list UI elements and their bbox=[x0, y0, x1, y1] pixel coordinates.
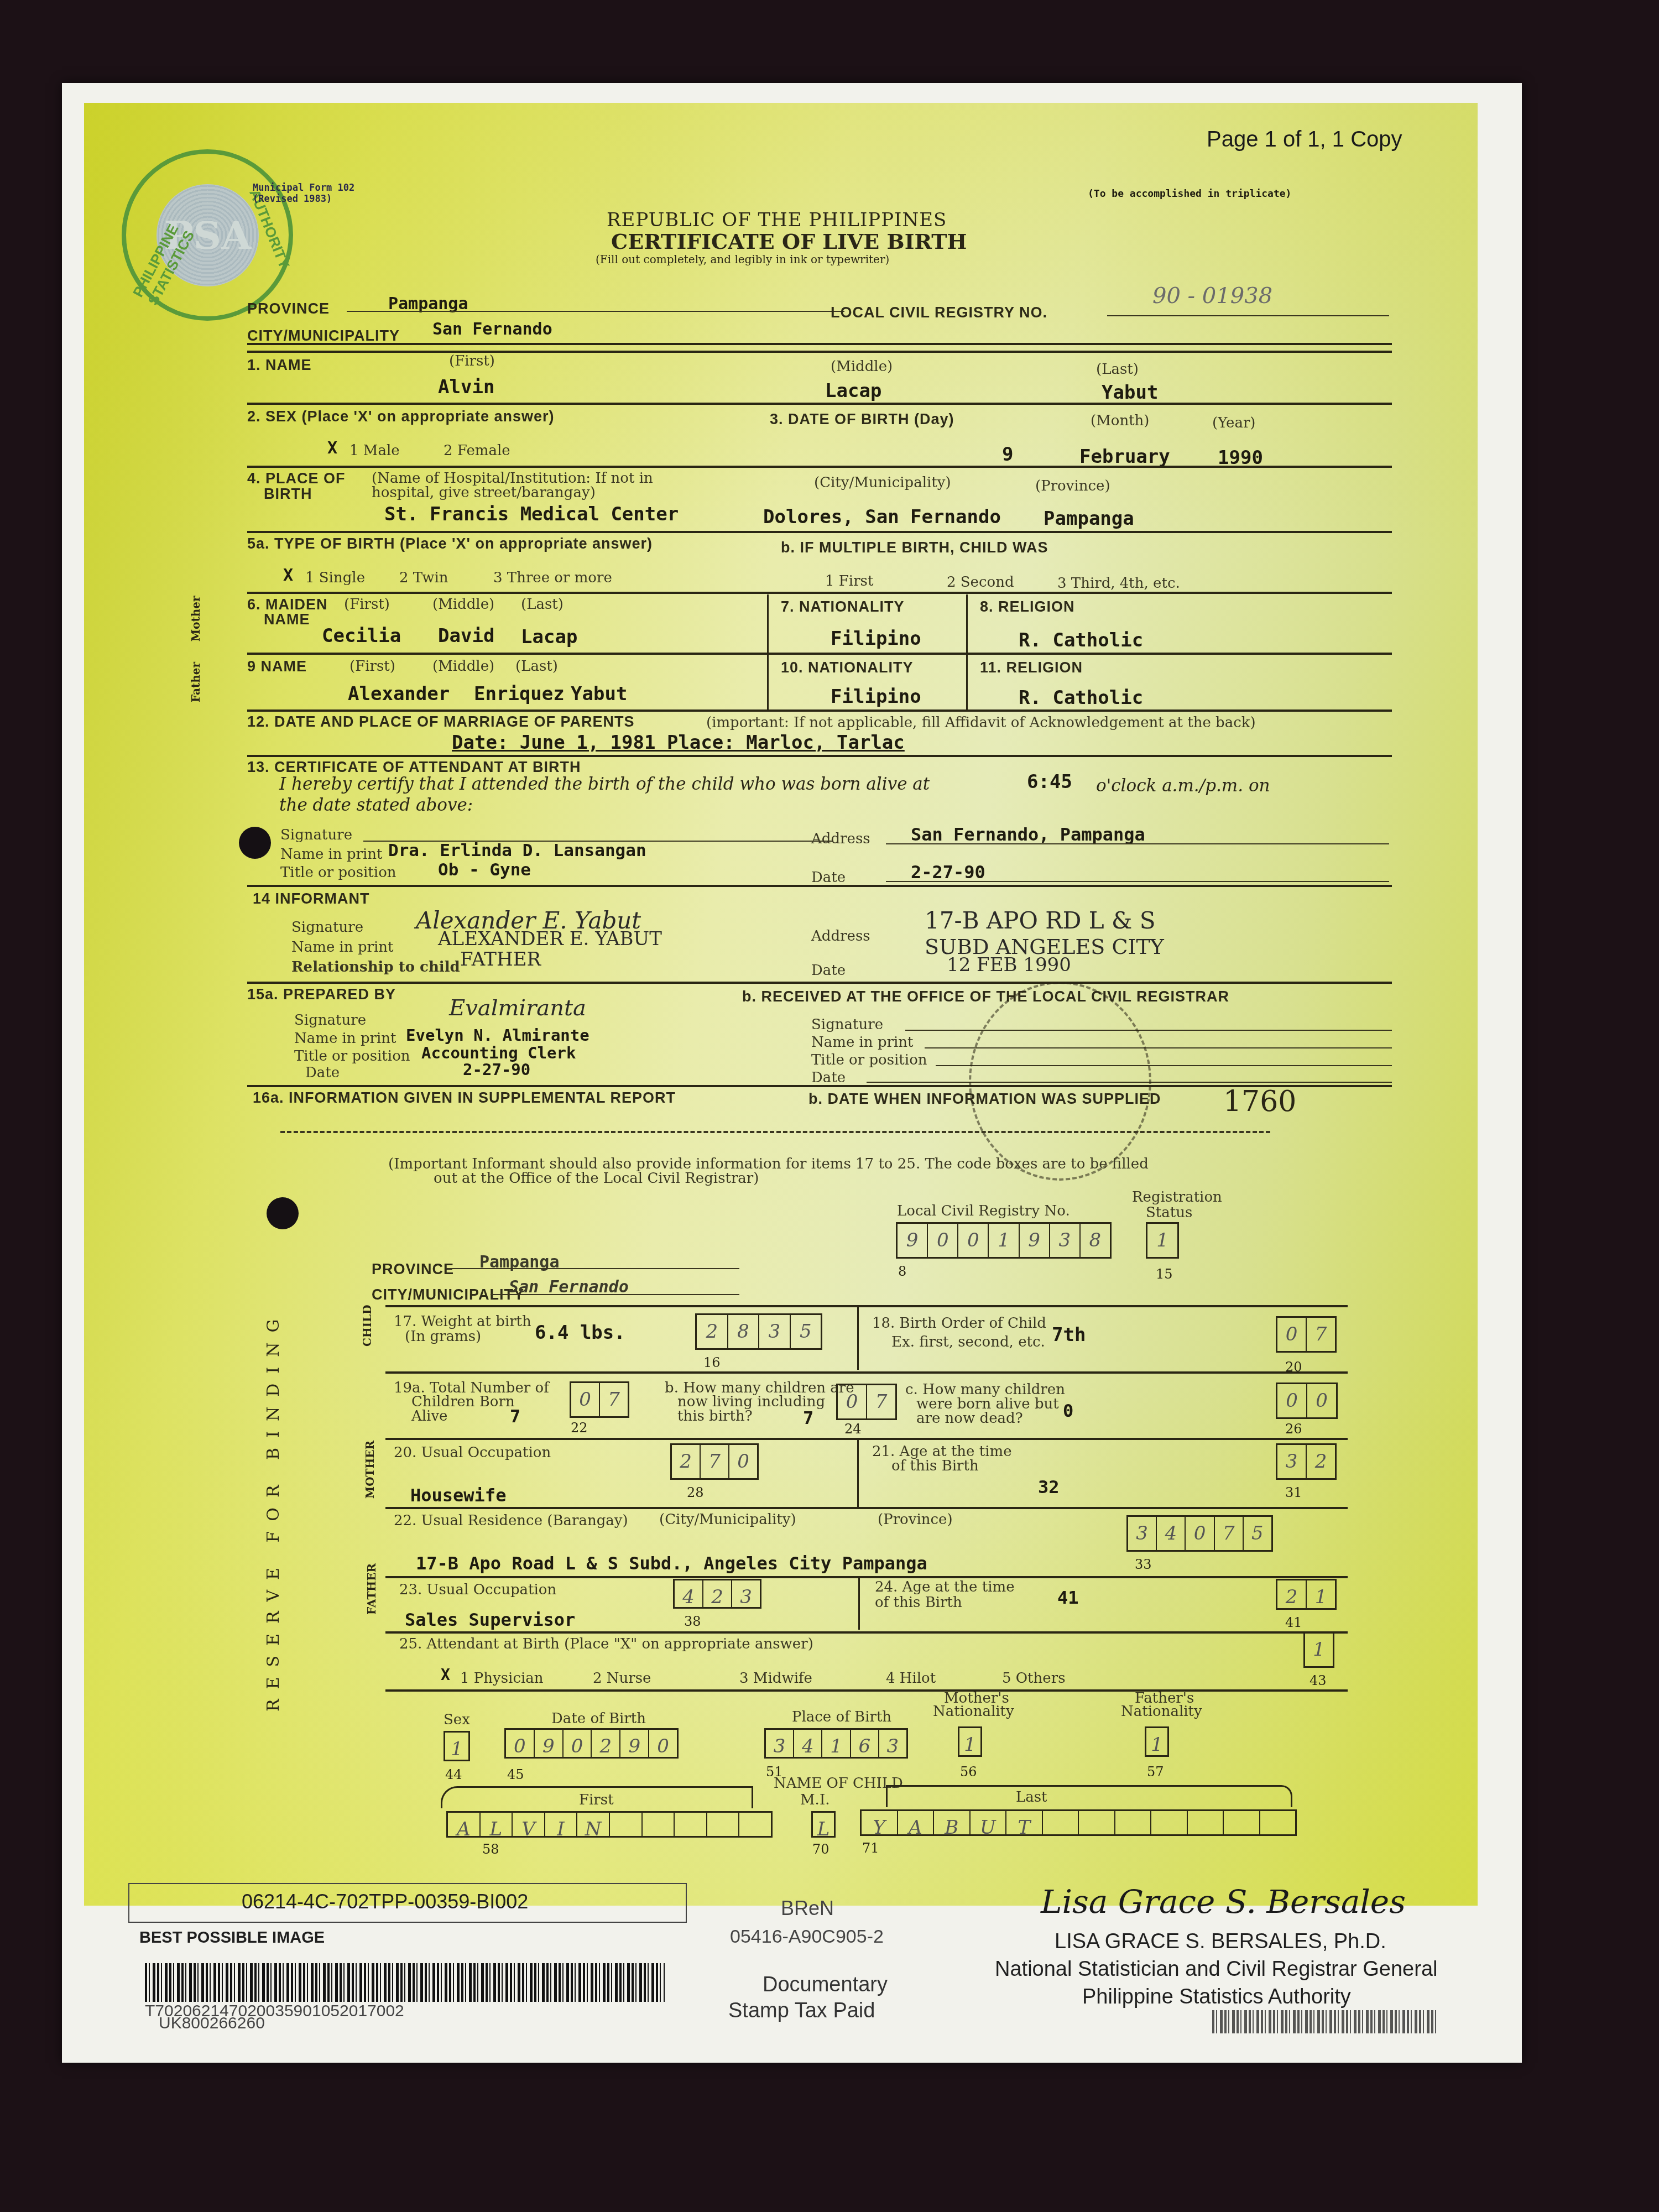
page-info: Page 1 of 1, 1 Copy bbox=[1207, 127, 1402, 152]
father-occupation-code-boxes[interactable]: 423 bbox=[673, 1579, 761, 1609]
stamp-tax-label: Documentary bbox=[763, 1973, 888, 1997]
barcode-number-2: UK800266260 bbox=[159, 2014, 265, 2033]
attendant-name-label: Name in print bbox=[280, 846, 382, 863]
code-number: 24 bbox=[844, 1421, 862, 1437]
mother-occupation: Housewife bbox=[410, 1485, 506, 1506]
attendant-statement-3: the date stated above: bbox=[279, 795, 473, 815]
child-dob-code-boxes[interactable]: 090290 bbox=[504, 1728, 679, 1759]
mother-age-label-2: of this Birth bbox=[891, 1458, 979, 1474]
reserve-for-binding: RESERVE FOR BINDING bbox=[264, 1310, 283, 1712]
informant-address-1: 17-B APO RD L & S bbox=[925, 907, 1156, 934]
punch-hole-top bbox=[239, 827, 271, 859]
last-name-bracket bbox=[886, 1785, 1292, 1807]
total-children-label-3: Alive bbox=[411, 1408, 447, 1425]
code-lcr-label: Local Civil Registry No. bbox=[897, 1203, 1070, 1219]
code-number: 33 bbox=[1135, 1557, 1152, 1572]
sex-male-option[interactable]: 1 Male bbox=[349, 442, 400, 459]
mother-nationality-label: 7. NATIONALITY bbox=[781, 598, 905, 615]
received-name-label: Name in print bbox=[811, 1034, 913, 1051]
code-number: 28 bbox=[687, 1485, 704, 1500]
psa-seal: PSA PHILIPPINE STATISTICS AUTHORITY bbox=[122, 149, 293, 321]
sex-label: 2. SEX (Place 'X' on appropriate answer) bbox=[247, 408, 555, 425]
code-number: 15 bbox=[1156, 1266, 1173, 1282]
prepared-name-label: Name in print bbox=[294, 1030, 396, 1047]
lcr-received-stamp bbox=[969, 982, 1151, 1181]
barcode bbox=[145, 1963, 665, 2002]
father-last-label: (Last) bbox=[515, 658, 558, 675]
weight-code-boxes[interactable]: 2835 bbox=[695, 1313, 822, 1350]
code-number: 38 bbox=[684, 1614, 701, 1629]
province-label: PROVINCE bbox=[247, 300, 330, 317]
father-side-label: Father bbox=[189, 662, 202, 702]
pob-prov-label: (Province) bbox=[1035, 478, 1110, 494]
form-revision: (Revised 1983) bbox=[253, 194, 332, 205]
attendant-label: 13. CERTIFICATE OF ATTENDANT AT BIRTH bbox=[247, 759, 581, 776]
father-occupation-label: 23. Usual Occupation bbox=[399, 1582, 556, 1598]
code-number: 45 bbox=[507, 1767, 524, 1782]
attendant-title-label: Title or position bbox=[280, 864, 397, 881]
dead-children-code-boxes[interactable]: 00 bbox=[1276, 1383, 1338, 1419]
weight-label-2: (In grams) bbox=[405, 1328, 481, 1345]
child-mi-code-label: M.I. bbox=[800, 1792, 830, 1808]
code-number: 44 bbox=[445, 1767, 462, 1782]
sex-male-mark: X bbox=[327, 439, 337, 458]
residence-city-label: (City/Municipality) bbox=[659, 1511, 796, 1528]
document-code: 06214-4C-702TPP-00359-BI002 bbox=[242, 1890, 528, 1913]
stamp-number: 1760 bbox=[1223, 1085, 1296, 1118]
type-three-option[interactable]: 3 Three or more bbox=[493, 570, 612, 586]
father-nationality: Filipino bbox=[831, 686, 921, 708]
father-middle-name: Enriquez bbox=[474, 683, 565, 705]
mother-nationality-code-box[interactable]: 1 bbox=[958, 1726, 982, 1757]
attendant-statement: I hereby certify that I attended the bir… bbox=[279, 774, 930, 794]
attendant-address: San Fernando, Pampanga bbox=[911, 824, 1145, 845]
marriage-label: 12. DATE AND PLACE OF MARRIAGE OF PARENT… bbox=[247, 713, 635, 731]
lcr-number: 90 - 01938 bbox=[1152, 283, 1272, 309]
code-number: 58 bbox=[482, 1841, 499, 1857]
child-dob-code-label: Date of Birth bbox=[551, 1710, 646, 1727]
received-label: b. RECEIVED AT THE OFFICE OF THE LOCAL C… bbox=[742, 988, 1229, 1005]
pob-hint-2: hospital, give street/barangay) bbox=[372, 484, 596, 501]
first-label: (First) bbox=[449, 353, 495, 369]
name-of-child-label: NAME OF CHILD bbox=[774, 1775, 903, 1792]
type-single-mark: X bbox=[283, 566, 293, 585]
signatory-org: Philippine Statistics Authority bbox=[1082, 1985, 1351, 2009]
informant-name-label: Name in print bbox=[291, 939, 393, 956]
republic-heading: REPUBLIC OF THE PHILIPPINES bbox=[607, 209, 947, 231]
dead-children-label-3: are now dead? bbox=[916, 1410, 1023, 1427]
dob-month: February bbox=[1079, 446, 1170, 468]
father-nationality-code-box[interactable]: 1 bbox=[1145, 1726, 1169, 1757]
side-label-child: CHILD bbox=[361, 1305, 374, 1347]
father-age-label-2: of this Birth bbox=[875, 1594, 962, 1611]
weight-label: 17. Weight at birth bbox=[394, 1313, 531, 1330]
living-children-label-3: this birth? bbox=[677, 1408, 753, 1425]
father-first-label: (First) bbox=[349, 658, 395, 675]
month-label: (Month) bbox=[1091, 413, 1150, 429]
father-nationality-code-label-2: Nationality bbox=[1121, 1703, 1202, 1720]
mother-last-name: Lacap bbox=[521, 626, 577, 648]
mother-occupation-label: 20. Usual Occupation bbox=[394, 1444, 551, 1461]
bren-label: BReN bbox=[781, 1897, 834, 1920]
code-number: 26 bbox=[1285, 1421, 1302, 1437]
received-signature-label: Signature bbox=[811, 1016, 883, 1033]
child-sex-code-box[interactable]: 1 bbox=[444, 1731, 470, 1761]
code-number: 43 bbox=[1310, 1673, 1327, 1688]
registration-status-label: Registration bbox=[1132, 1189, 1222, 1206]
registrar-signature: Lisa Grace S. Bersales bbox=[1041, 1883, 1406, 1921]
pob-province: Pampanga bbox=[1044, 508, 1134, 530]
father-nationality-label: 10. NATIONALITY bbox=[781, 659, 914, 676]
code-number: 70 bbox=[812, 1841, 830, 1857]
pob-label: 4. PLACE OF bbox=[247, 470, 346, 487]
pob-city-label: (City/Municipality) bbox=[814, 474, 951, 491]
code-number: 22 bbox=[571, 1420, 588, 1436]
mother-nationality: Filipino bbox=[831, 628, 921, 650]
total-children-code-boxes[interactable]: 07 bbox=[570, 1381, 629, 1418]
dob-day: 9 bbox=[1002, 444, 1013, 466]
informant-relationship-label: Relationship to child bbox=[291, 959, 460, 975]
attendant-signature-label: Signature bbox=[280, 827, 352, 843]
child-middle-name: Lacap bbox=[825, 380, 881, 402]
code-status-box[interactable]: 1 bbox=[1146, 1222, 1179, 1259]
mother-age: 32 bbox=[1038, 1477, 1060, 1498]
mother-name-label-2: NAME bbox=[264, 611, 310, 628]
prepared-title: Accounting Clerk bbox=[421, 1044, 576, 1062]
attendant-type-code-box[interactable]: 1 bbox=[1303, 1631, 1334, 1668]
type-twin-option[interactable]: 2 Twin bbox=[399, 570, 448, 586]
mother-religion-label: 8. RELIGION bbox=[980, 598, 1075, 615]
code-number: 8 bbox=[898, 1264, 906, 1279]
pob-hospital: St. Francis Medical Center bbox=[384, 503, 679, 525]
father-name-label: 9 NAME bbox=[247, 658, 307, 675]
city-label: CITY/MUNICIPALITY bbox=[247, 327, 400, 345]
type-of-birth-label: 5a. TYPE OF BIRTH (Place 'X' on appropri… bbox=[247, 535, 653, 552]
prepared-name: Evelyn N. Almirante bbox=[406, 1026, 589, 1045]
total-children: 7 bbox=[510, 1406, 520, 1427]
father-religion: R. Catholic bbox=[1019, 687, 1143, 709]
supplemental-label: 16a. INFORMATION GIVEN IN SUPPLEMENTAL R… bbox=[253, 1089, 676, 1107]
code-number: 16 bbox=[703, 1355, 721, 1370]
weight-value: 6.4 lbs. bbox=[535, 1322, 625, 1344]
year-label: (Year) bbox=[1212, 415, 1256, 431]
triplicate-note: (To be accomplished in triplicate) bbox=[1088, 188, 1291, 200]
mother-middle-label: (Middle) bbox=[432, 596, 494, 613]
signatory-name: LISA GRACE S. BERSALES, Ph.D. bbox=[1055, 1930, 1386, 1954]
mother-religion: R. Catholic bbox=[1019, 629, 1143, 651]
attendant-title: Ob - Gyne bbox=[438, 860, 531, 880]
birth-certificate-paper: Page 1 of 1, 1 Copy PSA PHILIPPINE STATI… bbox=[62, 83, 1522, 2063]
pob-city: Dolores, San Fernando bbox=[763, 506, 1001, 528]
mother-first-label: (First) bbox=[344, 596, 390, 613]
prepared-by-label: 15a. PREPARED BY bbox=[247, 986, 396, 1003]
important-note-2: out at the Office of the Local Civil Reg… bbox=[434, 1170, 759, 1187]
attendant-type-label: 25. Attendant at Birth (Place "X" on app… bbox=[399, 1636, 813, 1652]
supplemental-date-label: b. DATE WHEN INFORMATION WAS SUPPLIED bbox=[808, 1091, 1161, 1108]
birth-order: 7th bbox=[1052, 1324, 1086, 1346]
attendant-physician-option[interactable]: 1 Physician bbox=[460, 1670, 544, 1687]
father-middle-label: (Middle) bbox=[432, 658, 494, 675]
father-age-code-boxes[interactable]: 21 bbox=[1276, 1579, 1337, 1610]
code-number: 31 bbox=[1285, 1485, 1302, 1500]
security-barcode bbox=[1212, 2010, 1439, 2033]
code-number: 71 bbox=[862, 1840, 879, 1856]
multiple-birth-label: b. IF MULTIPLE BIRTH, CHILD WAS bbox=[781, 539, 1048, 556]
marriage-value: Date: June 1, 1981 Place: Marloc, Tarlac bbox=[452, 732, 905, 754]
multi-second-option[interactable]: 2 Second bbox=[947, 574, 1014, 591]
stamp-tax-label-2: Stamp Tax Paid bbox=[728, 1999, 875, 2023]
code-number: 41 bbox=[1285, 1615, 1302, 1630]
prepared-signature: Evalmiranta bbox=[449, 995, 586, 1021]
certificate-title: CERTIFICATE OF LIVE BIRTH bbox=[611, 229, 967, 254]
pob-label-2: BIRTH bbox=[264, 486, 312, 503]
father-age-label: 24. Age at the time bbox=[875, 1579, 1015, 1595]
attendant-others-option[interactable]: 5 Others bbox=[1002, 1670, 1065, 1687]
registration-status-label-2: Status bbox=[1146, 1204, 1192, 1221]
attendant-date: 2-27-90 bbox=[911, 862, 985, 883]
prepared-date: 2-27-90 bbox=[463, 1060, 530, 1079]
attendant-name: Dra. Erlinda D. Lansangan bbox=[388, 841, 646, 860]
mother-first-name: Cecilia bbox=[322, 625, 401, 647]
attendant-nurse-option[interactable]: 2 Nurse bbox=[593, 1670, 651, 1687]
attendant-midwife-option[interactable]: 3 Midwife bbox=[739, 1670, 812, 1687]
mother-last-label: (Last) bbox=[521, 596, 564, 613]
attendant-statement-2: o'clock a.m./p.m. on bbox=[1096, 776, 1270, 796]
attendant-hilot-option[interactable]: 4 Hilot bbox=[886, 1670, 936, 1687]
code-number: 56 bbox=[960, 1764, 977, 1780]
side-label-father: FATHER bbox=[365, 1563, 378, 1615]
birth-time: 6:45 bbox=[1027, 771, 1072, 793]
informant-label: 14 INFORMANT bbox=[253, 890, 370, 907]
father-occupation: Sales Supervisor bbox=[405, 1609, 575, 1630]
living-children: 7 bbox=[803, 1407, 813, 1428]
birth-order-code-boxes[interactable]: 07 bbox=[1276, 1316, 1337, 1353]
best-possible-image: BEST POSSIBLE IMAGE bbox=[139, 1929, 325, 1947]
attendant-date-label: Date bbox=[811, 869, 846, 886]
father-religion-label: 11. RELIGION bbox=[980, 659, 1083, 676]
multi-first-option[interactable]: 1 First bbox=[825, 573, 873, 589]
attendant-physician-mark: X bbox=[441, 1666, 450, 1684]
fill-instructions: (Fill out completely, and legibly in ink… bbox=[596, 253, 889, 266]
child-first-code-label: First bbox=[579, 1792, 614, 1808]
multi-third-option[interactable]: 3 Third, 4th, etc. bbox=[1057, 575, 1180, 592]
attendant-address-label: Address bbox=[811, 831, 870, 847]
prepared-title-label: Title or position bbox=[294, 1048, 410, 1065]
signatory-title: National Statistician and Civil Registra… bbox=[995, 1958, 1437, 1981]
father-first-name: Alexander bbox=[348, 683, 450, 705]
marriage-note: (important: If not applicable, fill Affi… bbox=[706, 714, 1256, 731]
informant-date: 12 FEB 1990 bbox=[947, 954, 1071, 976]
birth-order-label: 18. Birth Order of Child bbox=[872, 1315, 1046, 1332]
code-number: 57 bbox=[1147, 1764, 1164, 1780]
child-sex-code-label: Sex bbox=[444, 1712, 470, 1728]
child-pob-code-boxes[interactable]: 34163 bbox=[764, 1728, 908, 1759]
type-single-option[interactable]: 1 Single bbox=[305, 570, 365, 586]
informant-address-label: Address bbox=[811, 928, 870, 945]
living-children-code-boxes[interactable]: 07 bbox=[836, 1384, 897, 1420]
name-label: 1. NAME bbox=[247, 357, 312, 374]
form-number: Municipal Form 102 bbox=[253, 182, 354, 194]
mother-nationality-code-label-2: Nationality bbox=[933, 1703, 1014, 1720]
dead-children: 0 bbox=[1063, 1400, 1073, 1421]
informant-date-label: Date bbox=[811, 962, 846, 979]
child-last-name: Yabut bbox=[1102, 382, 1158, 404]
side-label-mother: MOTHER bbox=[363, 1441, 377, 1499]
child-first-name: Alvin bbox=[438, 376, 494, 398]
bren-number: 05416-A90C905-2 bbox=[730, 1926, 884, 1948]
residence-code-boxes[interactable]: 34075 bbox=[1126, 1515, 1273, 1552]
code-lcr-boxes[interactable]: 9001938 bbox=[896, 1222, 1112, 1259]
child-mi-code-box[interactable]: L bbox=[811, 1811, 836, 1838]
prepared-signature-label: Signature bbox=[294, 1012, 366, 1029]
mother-side-label: Mother bbox=[189, 596, 202, 641]
middle-label: (Middle) bbox=[831, 358, 893, 375]
informant-name: ALEXANDER E. YABUT bbox=[438, 928, 662, 950]
mother-occupation-code-boxes[interactable]: 270 bbox=[670, 1443, 759, 1480]
code-province-label: PROVINCE bbox=[372, 1261, 454, 1278]
birth-order-label-2: Ex. first, second, etc. bbox=[891, 1334, 1045, 1350]
father-last-name: Yabut bbox=[571, 683, 627, 705]
child-last-code-label: Last bbox=[1016, 1789, 1047, 1806]
last-label: (Last) bbox=[1096, 361, 1139, 378]
received-date-label: Date bbox=[811, 1070, 846, 1086]
prepared-date-label: Date bbox=[305, 1065, 340, 1081]
residence-label: 22. Usual Residence (Barangay) bbox=[394, 1512, 628, 1529]
dob-label: 3. DATE OF BIRTH (Day) bbox=[770, 411, 954, 428]
child-last-name-code-boxes[interactable]: YABUT bbox=[860, 1809, 1297, 1836]
informant-signature-label: Signature bbox=[291, 919, 363, 936]
residence: 17-B Apo Road L & S Subd., Angeles City … bbox=[416, 1553, 927, 1574]
punch-hole-bottom bbox=[267, 1197, 299, 1229]
lcr-label: LOCAL CIVIL REGISTRY NO. bbox=[831, 304, 1047, 321]
mother-age-code-boxes[interactable]: 32 bbox=[1276, 1443, 1337, 1480]
informant-relationship: FATHER bbox=[460, 948, 541, 971]
residence-province-label: (Province) bbox=[878, 1511, 953, 1528]
child-first-name-code-boxes[interactable]: ALVIN bbox=[446, 1811, 773, 1838]
city-value: San Fernando bbox=[432, 320, 552, 339]
child-pob-code-label: Place of Birth bbox=[792, 1709, 891, 1725]
mother-middle-name: David bbox=[438, 625, 494, 647]
father-age: 41 bbox=[1057, 1587, 1079, 1608]
received-title-label: Title or position bbox=[811, 1052, 927, 1068]
sex-female-option[interactable]: 2 Female bbox=[444, 442, 510, 459]
